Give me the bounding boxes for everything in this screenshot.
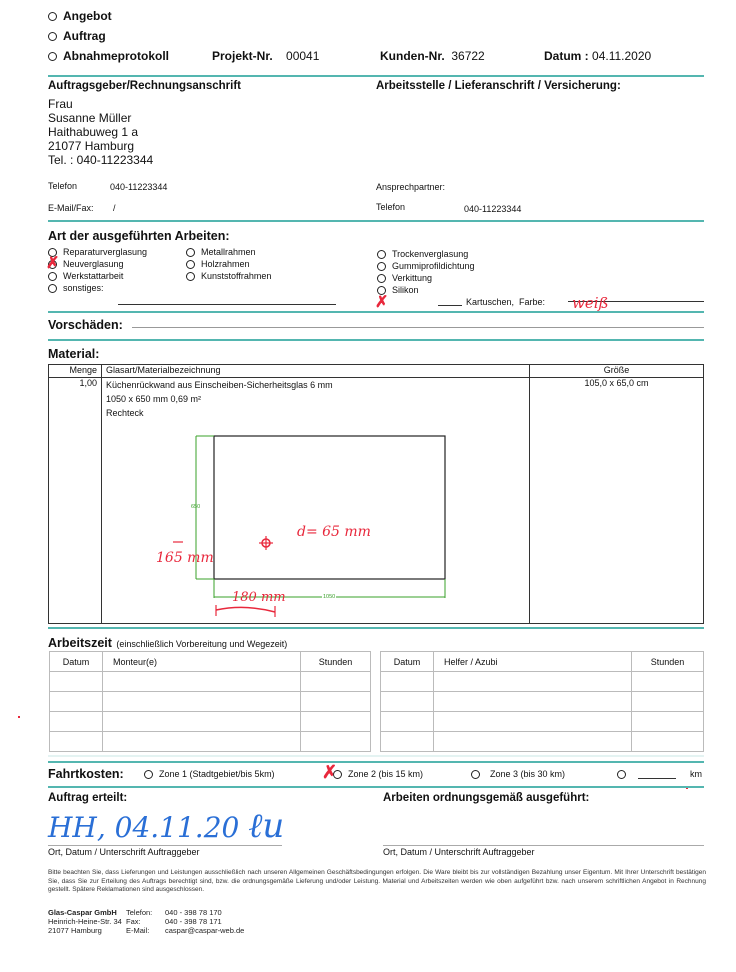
- cell-groesse: 105,0 x 65,0 cm: [530, 378, 704, 624]
- vorschaeden-line[interactable]: [132, 327, 704, 328]
- stray-mark: [18, 716, 20, 718]
- divider: [48, 220, 704, 222]
- table-row[interactable]: [381, 732, 704, 752]
- header-helfer: Helfer / Azubi: [434, 652, 632, 672]
- radio-icon[interactable]: [377, 250, 386, 259]
- header-groesse: Größe: [530, 365, 704, 378]
- radio-icon[interactable]: [48, 52, 57, 61]
- kartuschen-line[interactable]: [438, 305, 462, 306]
- tel-value: 040 - 398 78 170: [165, 908, 244, 917]
- dim-height: 650: [191, 504, 200, 510]
- desc-line: 1050 x 650 mm 0,69 m²: [106, 392, 525, 406]
- sonstiges-line[interactable]: [118, 304, 336, 305]
- divider: [48, 761, 704, 763]
- kunden-value: 36722: [451, 49, 484, 63]
- table-row[interactable]: [381, 692, 704, 712]
- km-label: km: [690, 769, 702, 779]
- km-option[interactable]: [617, 769, 632, 779]
- arbeitszeit-title: Arbeitszeit: [48, 636, 112, 650]
- radio-icon[interactable]: [48, 32, 57, 41]
- hand-vertical: 165 mm: [156, 550, 214, 566]
- header-monteur: Monteur(e): [103, 652, 301, 672]
- radio-icon[interactable]: [48, 284, 57, 293]
- datum: Datum : 04.11.2020: [544, 49, 651, 63]
- table-row[interactable]: [381, 712, 704, 732]
- work-option[interactable]: Holzrahmen: [186, 258, 271, 270]
- km-line[interactable]: [638, 778, 676, 779]
- farbe-label: Farbe:: [519, 297, 545, 307]
- header-datum: Datum: [50, 652, 103, 672]
- zone-1-option[interactable]: Zone 1 (Stadtgebiet/bis 5km): [144, 769, 275, 779]
- cell-menge: 1,00: [49, 378, 102, 624]
- header-stunden: Stunden: [301, 652, 371, 672]
- company-contact-values: 040 - 398 78 170 040 - 398 78 171 caspar…: [165, 908, 244, 935]
- client-address: Frau Susanne Müller Haithabuweg 1 a 2107…: [48, 97, 153, 167]
- company-city: 21077 Hamburg: [48, 926, 122, 935]
- site-phone-label: Telefon: [376, 202, 405, 212]
- option-label: Zone 2 (bis 15 km): [348, 769, 423, 779]
- fax-value: 040 - 398 78 171: [165, 917, 244, 926]
- arbeitszeit-subtitle: (einschließlich Vorbereitung und Wegezei…: [116, 639, 287, 649]
- desc-line: Rechteck: [106, 406, 525, 420]
- work-option[interactable]: Verkittung: [377, 272, 475, 284]
- signature-line[interactable]: [383, 845, 704, 846]
- radio-icon[interactable]: [144, 770, 153, 779]
- projekt-label: Projekt-Nr.: [212, 49, 273, 63]
- divider: [48, 339, 704, 341]
- kunden-nr: Kunden-Nr. 36722: [380, 49, 485, 63]
- right-signature-title: Arbeiten ordnungsgemäß ausgeführt:: [383, 792, 589, 804]
- option-label: Neuverglasung: [63, 259, 124, 269]
- table-row[interactable]: [50, 732, 371, 752]
- projekt-value: 00041: [286, 49, 319, 63]
- option-label: Werkstattarbeit: [63, 271, 123, 281]
- work-col-3: Trockenverglasung Gummiprofildichtung Ve…: [377, 248, 475, 296]
- mail-value[interactable]: caspar@caspar-web.de: [165, 926, 244, 935]
- table-row[interactable]: [50, 712, 371, 732]
- projekt-nr: Projekt-Nr. 00041: [212, 49, 319, 63]
- work-option[interactable]: Trockenverglasung: [377, 248, 475, 260]
- left-signature-caption: Ort, Datum / Unterschrift Auftraggeber: [48, 847, 200, 857]
- doc-type-auftrag[interactable]: Auftrag: [48, 29, 106, 43]
- radio-icon[interactable]: [186, 272, 195, 281]
- divider: [48, 786, 704, 788]
- client-title: Auftragsgeber/Rechnungsanschrift: [48, 80, 241, 92]
- table-row[interactable]: [50, 692, 371, 712]
- option-label: Metallrahmen: [201, 247, 256, 257]
- doc-type-label: Abnahmeprotokoll: [63, 49, 169, 63]
- glass-drawing: [140, 420, 460, 620]
- client-phone-value: 040-11223344: [110, 182, 167, 192]
- zone-3-option[interactable]: [471, 769, 486, 779]
- work-option[interactable]: sonstiges:: [48, 282, 147, 294]
- material-title: Material:: [48, 347, 99, 361]
- tel-label: Telefon:: [126, 908, 152, 917]
- hand-diameter: d= 65 mm: [297, 524, 371, 540]
- divider: [48, 755, 704, 757]
- hand-horizontal: 180 mm: [232, 590, 286, 605]
- company-street: Heinrich-Heine-Str. 34: [48, 917, 122, 926]
- doc-type-label: Angebot: [63, 9, 112, 23]
- option-label: Holzrahmen: [201, 259, 250, 269]
- desc-line: Küchenrückwand aus Einscheiben-Sicherhei…: [106, 378, 525, 392]
- check-mark-icon: ✗: [375, 296, 388, 310]
- doc-type-label: Auftrag: [63, 29, 106, 43]
- option-label: sonstiges:: [63, 283, 104, 293]
- zone-2-option[interactable]: Zone 2 (bis 15 km): [333, 769, 423, 779]
- work-title: Art der ausgeführten Arbeiten:: [48, 229, 230, 243]
- address-line: 21077 Hamburg: [48, 139, 153, 153]
- work-col-1: Reparaturverglasung Neuverglasung Werkst…: [48, 246, 147, 294]
- vorschaeden-label: Vorschäden:: [48, 318, 123, 332]
- signature-line[interactable]: [48, 845, 282, 846]
- divider: [48, 75, 704, 77]
- datum-value: 04.11.2020: [592, 49, 651, 63]
- radio-icon[interactable]: [48, 12, 57, 21]
- header-glasart: Glasart/Materialbezeichnung: [102, 365, 530, 378]
- site-title: Arbeitsstelle / Lieferanschrift / Versic…: [376, 80, 621, 92]
- divider: [48, 311, 704, 313]
- left-signature-title: Auftrag erteilt:: [48, 792, 127, 804]
- work-option[interactable]: Werkstattarbeit: [48, 270, 147, 282]
- radio-icon[interactable]: [617, 770, 626, 779]
- company-address: Glas-Caspar GmbH Heinrich-Heine-Str. 34 …: [48, 908, 122, 935]
- work-option[interactable]: Kunststoffrahmen: [186, 270, 271, 282]
- option-label: Gummiprofildichtung: [392, 261, 475, 271]
- radio-icon[interactable]: [48, 272, 57, 281]
- radio-icon[interactable]: [471, 770, 480, 779]
- check-mark-icon: ✗: [322, 763, 337, 781]
- radio-icon[interactable]: [186, 248, 195, 257]
- company-name: Glas-Caspar GmbH: [48, 908, 122, 917]
- address-line: Susanne Müller: [48, 111, 153, 125]
- work-option[interactable]: Metallrahmen: [186, 246, 271, 258]
- header-datum: Datum: [381, 652, 434, 672]
- radio-icon[interactable]: [186, 260, 195, 269]
- kunden-label: Kunden-Nr.: [380, 49, 445, 63]
- work-option[interactable]: Reparaturverglasung: [48, 246, 147, 258]
- option-label: Verkittung: [392, 273, 432, 283]
- datum-label: Datum :: [544, 49, 589, 63]
- dim-width: 1050: [322, 594, 336, 600]
- header-stunden: Stunden: [632, 652, 704, 672]
- table-row[interactable]: [381, 672, 704, 692]
- table-row[interactable]: [50, 672, 371, 692]
- site-contact-label: Ansprechpartner:: [376, 182, 445, 192]
- arbeitszeit-heading: Arbeitszeit (einschließlich Vorbereitung…: [48, 634, 287, 652]
- client-email-value: /: [113, 203, 116, 213]
- right-signature-caption: Ort, Datum / Unterschrift Auftraggeber: [383, 847, 535, 857]
- doc-type-abnahmeprotokoll[interactable]: Abnahmeprotokoll: [48, 49, 169, 63]
- disclaimer: Bitte beachten Sie, dass Lieferungen und…: [48, 869, 706, 895]
- divider: [48, 627, 704, 629]
- helfer-table: DatumHelfer / AzubiStunden: [380, 651, 704, 752]
- handwritten-signature: HH, 04.11.20 ℓu: [48, 806, 284, 846]
- option-label: Kunststoffrahmen: [201, 271, 271, 281]
- work-option-checked[interactable]: Silikon: [377, 284, 475, 296]
- address-line: Haithabuweg 1 a: [48, 125, 153, 139]
- option-label: Zone 1 (Stadtgebiet/bis 5km): [159, 769, 275, 779]
- option-label: Trockenverglasung: [392, 249, 468, 259]
- address-line: Frau: [48, 97, 153, 111]
- address-line: Tel. : 040-11223344: [48, 153, 153, 167]
- radio-icon[interactable]: [377, 274, 386, 283]
- signature-date: HH, 04.11.20: [48, 811, 239, 844]
- fax-label: Fax:: [126, 917, 152, 926]
- work-col-2: Metallrahmen Holzrahmen Kunststoffrahmen: [186, 246, 271, 282]
- site-phone-value: 040-11223344: [464, 204, 521, 214]
- monteur-table: DatumMonteur(e)Stunden: [49, 651, 371, 752]
- client-phone-label: Telefon: [48, 181, 77, 191]
- farbe-handwritten: weiß: [572, 294, 609, 312]
- option-label: Zone 3 (bis 30 km): [490, 769, 565, 779]
- client-email-label: E-Mail/Fax:: [48, 203, 94, 213]
- check-mark-icon: ✗: [46, 257, 59, 271]
- mail-label: E-Mail:: [126, 926, 152, 935]
- fahrtkosten-label: Fahrtkosten:: [48, 767, 124, 781]
- doc-type-angebot[interactable]: Angebot: [48, 9, 112, 23]
- work-option-checked[interactable]: Neuverglasung: [48, 258, 147, 270]
- company-contact-labels: Telefon: Fax: E-Mail:: [126, 908, 152, 935]
- kartuschen-label: Kartuschen,: [466, 297, 514, 307]
- option-label: Silikon: [392, 285, 419, 295]
- work-option[interactable]: Gummiprofildichtung: [377, 260, 475, 272]
- radio-icon[interactable]: [377, 262, 386, 271]
- header-menge: Menge: [49, 365, 102, 378]
- option-label: Reparaturverglasung: [63, 247, 147, 257]
